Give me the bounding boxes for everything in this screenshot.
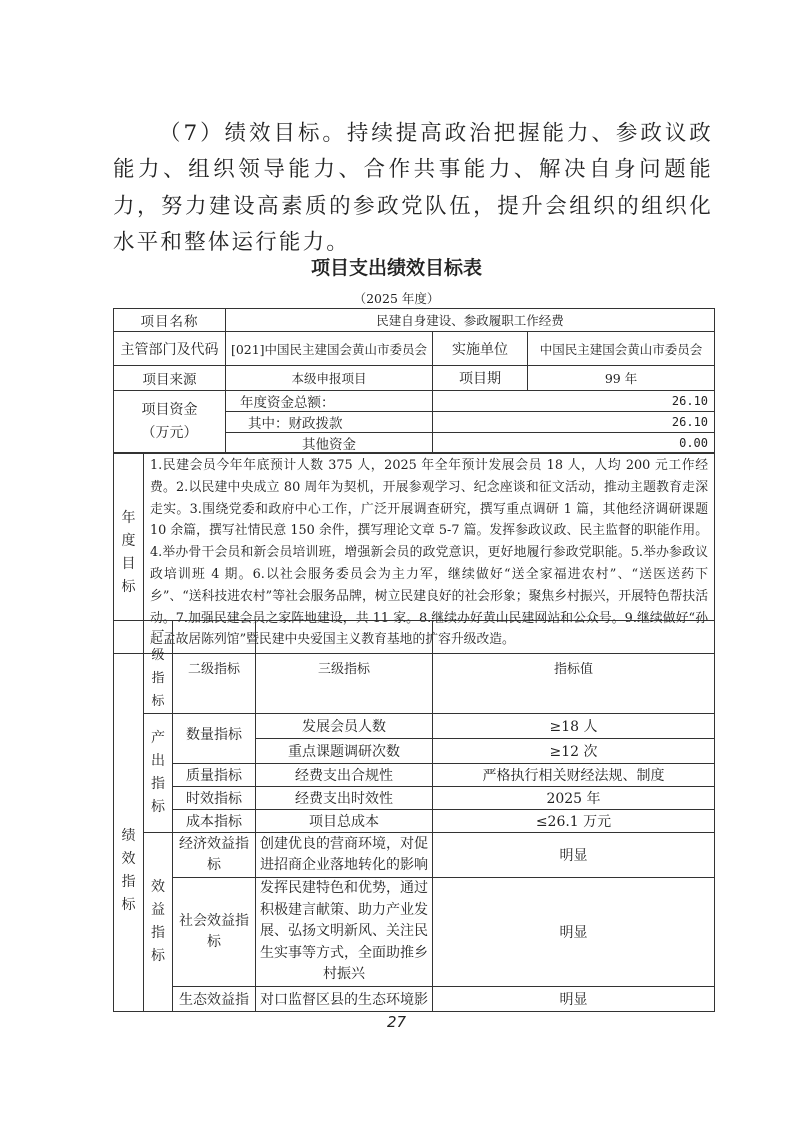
dept-value: [021]中国民主建国会黄山市委员会 [226,332,433,366]
project-name-value: 民建自身建设、参政履职工作经费 [226,309,715,332]
source-value: 本级申报项目 [226,366,433,391]
indicators-table: 绩 效 指 标 一 级 指 标 二级指标 三级指标 指标值 产 出 指 标 数量… [113,620,715,1012]
impl-label: 实施单位 [433,332,528,366]
table-subtitle: （2025 年度） [0,289,793,307]
period-value: 99 年 [528,366,715,391]
quantity-indicator-label: 数量指标 [173,714,256,764]
quantity-item-name: 发展会员人数 [256,714,433,739]
economic-benefit-label: 经济效益指标 [173,833,256,878]
funds-total-label: 年度资金总额： [226,391,433,412]
funds-fiscal-label: 其中：财政拨款 [226,412,433,433]
table-row: 生态效益指 对口监督区县的生态环境影 明显 [114,987,715,1012]
table-title: 项目支出绩效目标表 [0,253,793,280]
performance-indicators-label: 绩 效 指 标 [114,621,144,1012]
cost-indicator-value: ≤26.1 万元 [433,810,715,833]
ecological-benefit-name: 对口监督区县的生态环境影 [256,987,433,1012]
table-row: 项目名称 民建自身建设、参政履职工作经费 [114,309,715,332]
economic-benefit-name: 创建优良的营商环境，对促进招商企业落地转化的影响 [256,833,433,878]
cost-indicator-label: 成本指标 [173,810,256,833]
table-row: 项目资金 （万元） 年度资金总额： 26.10 [114,391,715,412]
quantity-item-value: ≥12 次 [433,739,715,764]
funds-total-value: 26.10 [433,391,715,412]
page-number: 27 [0,1013,793,1031]
social-benefit-label: 社会效益指标 [173,878,256,987]
project-info-table: 项目名称 民建自身建设、参政履职工作经费 主管部门及代码 [021]中国民主建国… [113,308,715,454]
output-indicators-label: 产 出 指 标 [144,714,173,833]
header-level1: 一 级 指 标 [144,621,173,714]
timeliness-indicator-name: 经费支出时效性 [256,787,433,810]
funds-other-value: 0.00 [433,433,715,454]
project-name-label: 项目名称 [114,309,226,332]
cost-indicator-name: 项目总成本 [256,810,433,833]
period-label: 项目期 [433,366,528,391]
social-benefit-name: 发挥民建特色和优势，通过积极建言献策、助力产业发展、弘扬文明新风、关注民生实事等… [256,878,433,987]
social-benefit-value: 明显 [433,878,715,987]
funds-label: 项目资金 （万元） [114,391,226,454]
dept-label: 主管部门及代码 [114,332,226,366]
performance-goal-paragraph: （7）绩效目标。持续提高政治把握能力、参政议政能力、组织领导能力、合作共事能力、… [113,116,713,262]
quantity-item-name: 重点课题调研次数 [256,739,433,764]
quality-indicator-label: 质量指标 [173,764,256,787]
quality-indicator-value: 严格执行相关财经法规、制度 [433,764,715,787]
table-row: 社会效益指标 发挥民建特色和优势，通过积极建言献策、助力产业发展、弘扬文明新风、… [114,878,715,987]
table-row: 主管部门及代码 [021]中国民主建国会黄山市委员会 实施单位 中国民主建国会黄… [114,332,715,366]
table-row: 产 出 指 标 数量指标 发展会员人数 ≥18 人 [114,714,715,739]
funds-fiscal-value: 26.10 [433,412,715,433]
quantity-item-value: ≥18 人 [433,714,715,739]
economic-benefit-value: 明显 [433,833,715,878]
header-level2: 二级指标 [173,621,256,714]
funds-label-line2: （万元） [118,422,221,445]
table-row: 效 益 指 标 经济效益指标 创建优良的营商环境，对促进招商企业落地转化的影响 … [114,833,715,878]
table-row: 质量指标 经费支出合规性 严格执行相关财经法规、制度 [114,764,715,787]
table-row: 绩 效 指 标 一 级 指 标 二级指标 三级指标 指标值 [114,621,715,714]
timeliness-indicator-label: 时效指标 [173,787,256,810]
impl-value: 中国民主建国会黄山市委员会 [528,332,715,366]
table-row: 时效指标 经费支出时效性 2025 年 [114,787,715,810]
ecological-benefit-label: 生态效益指 [173,987,256,1012]
funds-label-line1: 项目资金 [118,399,221,422]
ecological-benefit-value: 明显 [433,987,715,1012]
benefit-indicators-label: 效 益 指 标 [144,833,173,1012]
header-value: 指标值 [433,621,715,714]
table-row: 项目来源 本级申报项目 项目期 99 年 [114,366,715,391]
source-label: 项目来源 [114,366,226,391]
funds-other-label: 其他资金 [226,433,433,454]
quality-indicator-name: 经费支出合规性 [256,764,433,787]
timeliness-indicator-value: 2025 年 [433,787,715,810]
header-level3: 三级指标 [256,621,433,714]
table-row: 成本指标 项目总成本 ≤26.1 万元 [114,810,715,833]
